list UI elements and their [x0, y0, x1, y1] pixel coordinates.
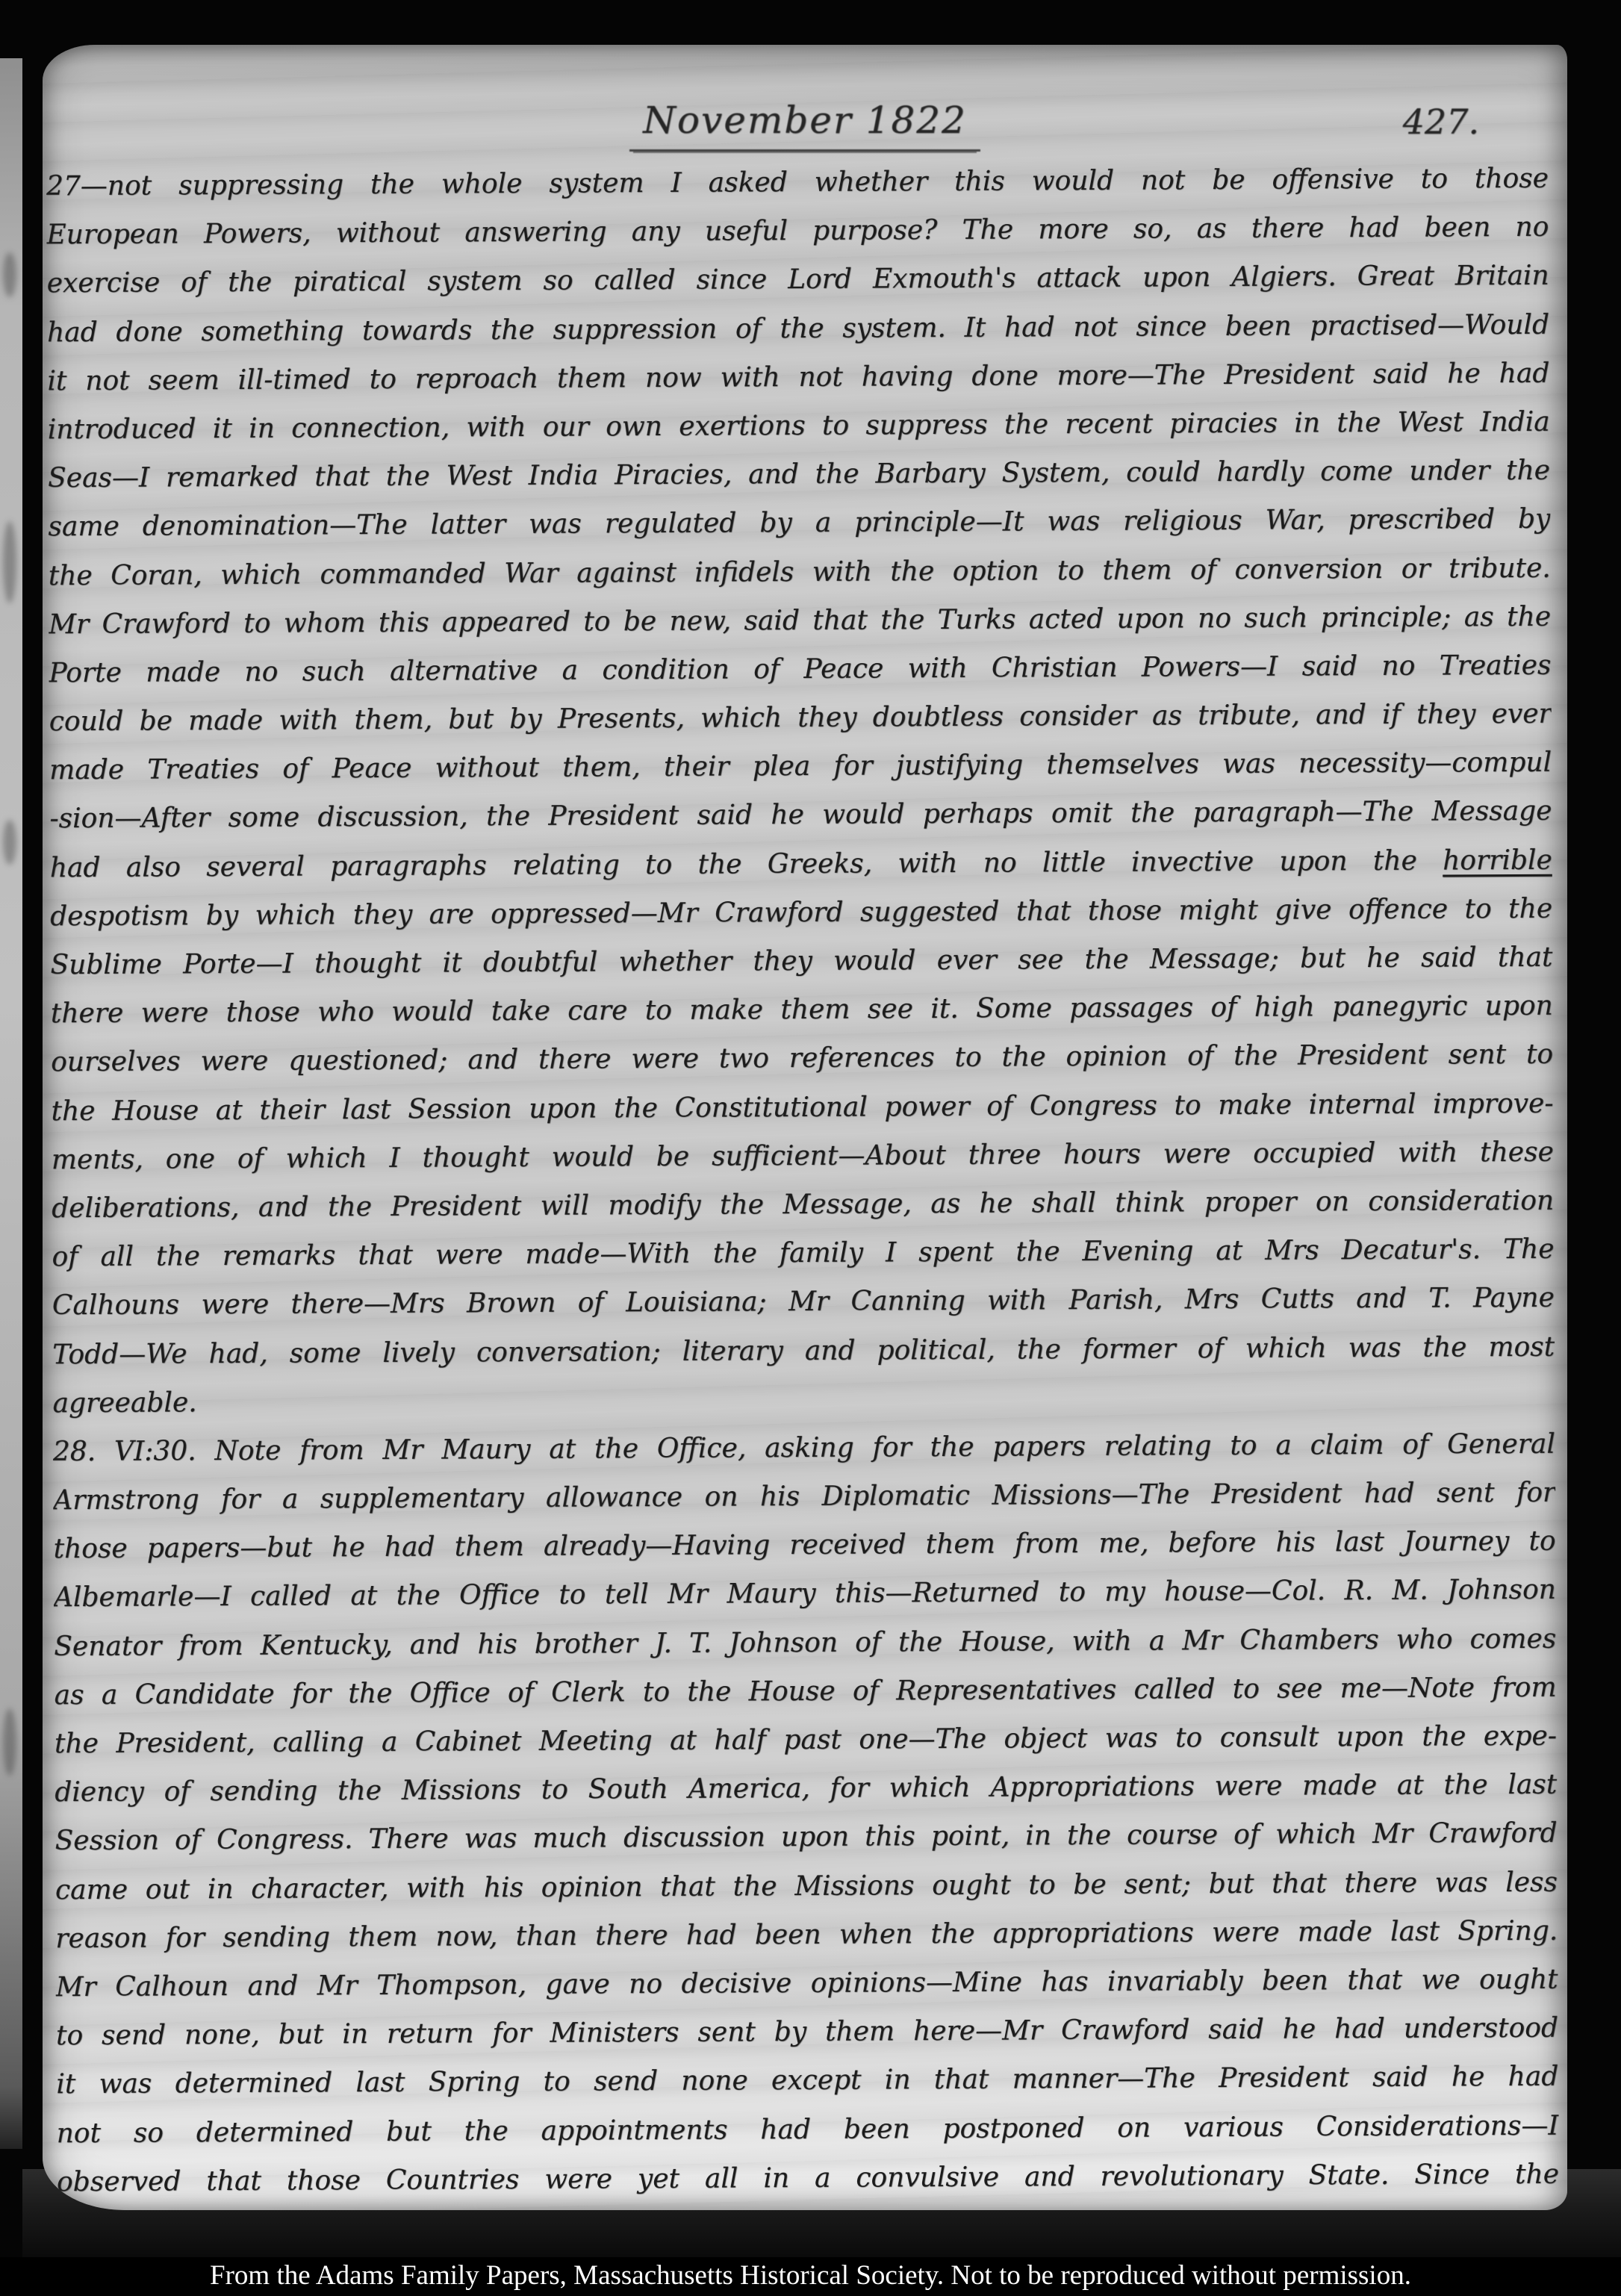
manuscript-line: Porte made no such alternative a conditi… [49, 641, 1551, 698]
manuscript-line: Mr Calhoun and Mr Thompson, gave no deci… [55, 1956, 1558, 2012]
date-heading: November 1822 [43, 99, 1567, 152]
manuscript-line: had done something towards the suppressi… [47, 300, 1549, 357]
manuscript-line: it was determined last Spring to send no… [56, 2053, 1558, 2109]
manuscript-line: the Coran, which commanded War against i… [49, 544, 1551, 600]
manuscript-line: to send none, but in return for Minister… [56, 2004, 1558, 2061]
manuscript-line: made Treaties of Peace without them, the… [49, 738, 1552, 795]
manuscript-line: those papers—but he had them already—Hav… [53, 1517, 1555, 1574]
page-number: 427. [1403, 102, 1479, 142]
manuscript-line: not so determined but the appointments h… [56, 2101, 1558, 2158]
manuscript-line: of all the remarks that were made—With t… [52, 1225, 1554, 1282]
manuscript-line: Session of Congress. There was much disc… [55, 1809, 1557, 1866]
manuscript-line: Sublime Porte—I thought it doubtful whet… [50, 933, 1552, 990]
manuscript-page: November 1822 427. 27—not suppressing th… [43, 45, 1567, 2210]
manuscript-line: reason for sending them now, than there … [55, 1906, 1558, 1963]
manuscript-line: diency of sending the Missions to South … [55, 1761, 1557, 1817]
manuscript-line: Todd—We had, some lively conversation; l… [52, 1322, 1555, 1379]
photograph-backdrop: November 1822 427. 27—not suppressing th… [0, 0, 1621, 2296]
manuscript-line: ments, one of which I thought would be s… [52, 1127, 1554, 1184]
manuscript-line: there were those who would take care to … [51, 982, 1553, 1039]
manuscript-line: introduced it in connection, with our ow… [48, 398, 1550, 455]
ghost-ink-mark [3, 252, 16, 297]
adjacent-page-edge [0, 58, 22, 2149]
manuscript-line: exercise of the piratical system so call… [47, 252, 1549, 308]
manuscript-line: Albemarle—I called at the Office to tell… [54, 1566, 1556, 1623]
manuscript-line: same denomination—The latter was regulat… [48, 495, 1550, 552]
manuscript-line: 27—not suppressing the whole system I as… [46, 155, 1549, 211]
manuscript-line: Senator from Kentucky, and his brother J… [54, 1614, 1556, 1671]
manuscript-line: Mr Crawford to whom this appeared to be … [49, 592, 1551, 649]
manuscript-line: it not seem ill-timed to reproach them n… [47, 349, 1549, 405]
manuscript-line: observed that those Countries were yet a… [57, 2150, 1559, 2206]
ghost-ink-mark [3, 521, 16, 603]
date-heading-text: November 1822 [629, 99, 980, 152]
manuscript-line: Calhouns were there—Mrs Brown of Louisia… [52, 1274, 1555, 1331]
manuscript-line: the House at their last Session upon the… [51, 1079, 1553, 1136]
caption-bar: From the Adams Family Papers, Massachuse… [0, 2257, 1621, 2296]
manuscript-line: had also several paragraphs relating to … [50, 836, 1552, 892]
manuscript-line: Armstrong for a supplementary allowance … [53, 1469, 1555, 1525]
ghost-ink-mark [3, 820, 16, 865]
ghost-ink-mark [3, 1708, 16, 1776]
manuscript-line: could be made with them, but by Presents… [49, 690, 1552, 747]
manuscript-text: 27—not suppressing the whole system I as… [46, 155, 1559, 2206]
manuscript-line: came out in character, with his opinion … [55, 1858, 1558, 1914]
manuscript-line: European Powers, without answering any u… [46, 203, 1549, 260]
manuscript-line: Seas—I remarked that the West India Pira… [48, 447, 1550, 503]
manuscript-line: 28. VI:30. Note from Mr Maury at the Off… [53, 1420, 1555, 1477]
manuscript-line: the President, calling a Cabinet Meeting… [55, 1712, 1557, 1769]
manuscript-line: agreeable. [52, 1371, 1555, 1428]
manuscript-line: as a Candidate for the Office of Clerk t… [54, 1664, 1556, 1720]
manuscript-line: despotism by which they are oppressed—Mr… [50, 885, 1552, 942]
manuscript-line: ourselves were questioned; and there wer… [51, 1030, 1553, 1087]
manuscript-line: -sion—After some discussion, the Preside… [49, 787, 1552, 844]
caption-text: From the Adams Family Papers, Massachuse… [0, 2257, 1621, 2295]
manuscript-line: deliberations, and the President will mo… [52, 1177, 1554, 1233]
